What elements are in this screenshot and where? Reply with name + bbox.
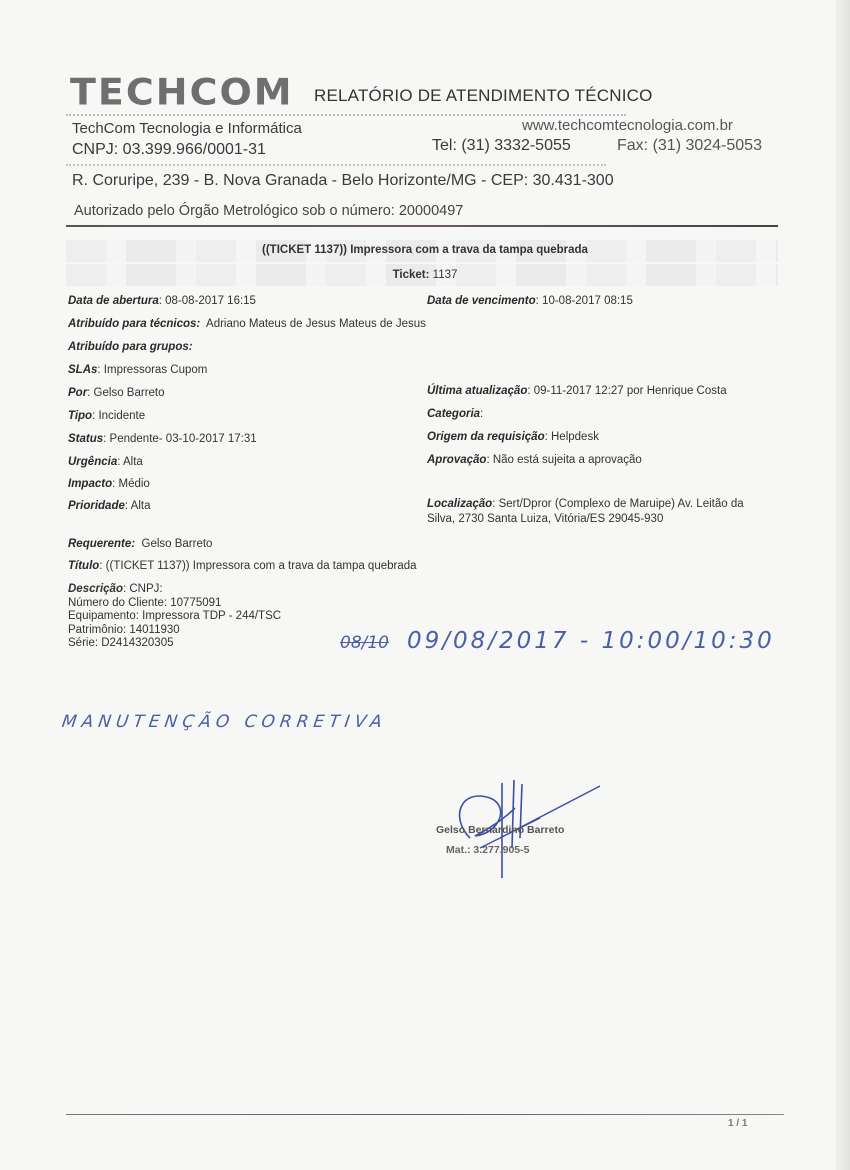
field-value: Gelso Barreto [135,538,212,550]
field-value: : Helpdesk [545,431,599,443]
field-value: : Médio [112,478,150,490]
header-rule [66,225,778,227]
field-grupos: Atribuído para grupos: [68,341,193,353]
field-label: Atribuído para técnicos: [68,318,200,330]
company-website: www.techcomtecnologia.com.br [522,117,733,134]
field-label: Origem da requisição [427,431,545,443]
field-value: : Pendente- 03-10-2017 17:31 [103,433,256,445]
field-tecnicos: Atribuído para técnicos: Adriano Mateus … [68,318,426,330]
field-tipo: Tipo: Incidente [68,410,145,422]
field-label: Categoria [427,408,480,420]
field-label: Descrição [68,583,123,595]
field-slas: SLAs: Impressoras Cupom [68,364,207,376]
field-label: Status [68,433,103,445]
page-edge [836,0,850,1170]
company-cnpj: CNPJ: 03.399.966/0001-31 [72,141,266,159]
field-label: SLAs [68,364,97,376]
field-label: Impacto [68,478,112,490]
field-label: Aprovação [427,454,486,466]
field-value: : Impressoras Cupom [97,364,207,376]
report-title: RELATÓRIO DE ATENDIMENTO TÉCNICO [314,86,653,106]
description-line: Número do Cliente: 10775091 [68,597,281,611]
company-address: R. Coruripe, 239 - B. Nova Granada - Bel… [72,172,614,190]
field-label: Urgência [68,456,117,468]
authorization-note: Autorizado pelo Órgão Metrológico sob o … [74,203,463,219]
field-value: : Não está sujeita a aprovação [486,454,641,466]
company-name: TechCom Tecnologia e Informática [72,120,302,137]
handwritten-date: 08/1009/08/2017 - 10:00/10:30 [340,628,775,654]
field-value: : Gelso Barreto [87,387,164,399]
field-value: : 08-08-2017 16:15 [159,295,256,307]
field-requerente: Requerente: Gelso Barreto [68,538,212,550]
field-origem-requisicao: Origem da requisição: Helpdesk [427,431,599,443]
field-titulo: Título: ((TICKET 1137)) Impressora com a… [68,560,417,572]
field-label: Data de abertura [68,295,159,307]
field-impacto: Impacto: Médio [68,478,150,490]
field-value: : Incidente [92,410,145,422]
field-label: Por [68,387,87,399]
description-block: Descrição: CNPJ: Número do Cliente: 1077… [68,583,281,651]
field-ultima-atualizacao: Última atualização: 09-11-2017 12:27 por… [427,385,727,397]
company-fax: Fax: (31) 3024-5053 [617,137,762,155]
field-label: Requerente: [68,538,135,550]
handwritten-note: MANUTENÇÃO CORRETIVA [61,712,389,732]
field-data-vencimento: Data de vencimento: 10-08-2017 08:15 [427,295,633,307]
field-label: Prioridade [68,500,125,512]
field-status: Status: Pendente- 03-10-2017 17:31 [68,433,257,445]
ticket-heading: ((TICKET 1137)) Impressora com a trava d… [0,244,850,256]
description-line: Série: D2414320305 [68,637,281,651]
field-label: Localização [427,498,492,510]
techcom-logo: TECHCOM [70,71,294,113]
field-label: Tipo [68,410,92,422]
field-value: : 09-11-2017 12:27 por Henrique Costa [527,385,726,397]
field-categoria: Categoria: [427,408,483,420]
ticket-number-value: 1137 [433,269,458,281]
field-label: Atribuído para grupos: [68,341,193,353]
description-line: Equipamento: Impressora TDP - 244/TSC [68,610,281,624]
field-value: : Alta [117,456,143,468]
field-label: Título [68,560,99,572]
field-por: Por: Gelso Barreto [68,387,165,399]
field-aprovacao: Aprovação: Não está sujeita a aprovação [427,454,642,466]
description-first-line: Descrição: CNPJ: [68,583,281,597]
field-localizacao: Localização: Sert/Dpror (Complexo de Mar… [427,497,772,527]
footer-rule [66,1114,784,1115]
ticket-number-label: Ticket: [393,269,430,281]
field-prioridade: Prioridade: Alta [68,500,150,512]
field-value: : Alta [125,500,151,512]
field-value: Adriano Mateus de Jesus Mateus de Jesus [200,318,426,330]
page-number: 1 / 1 [728,1118,747,1129]
divider [66,164,606,168]
ticket-number: Ticket: 1137 [0,269,850,281]
field-value: : [480,408,483,420]
field-value: : 10-08-2017 08:15 [536,295,633,307]
stamp-matricula: Mat.: 3.277.905-5 [446,844,529,856]
field-label: Última atualização [427,385,527,397]
field-data-abertura: Data de abertura: 08-08-2017 16:15 [68,295,256,307]
field-value: : ((TICKET 1137)) Impressora com a trava… [99,560,416,572]
field-urgencia: Urgência: Alta [68,456,143,468]
company-tel: Tel: (31) 3332-5055 [432,137,571,155]
handwritten-struck-date: 08/10 [340,633,389,653]
field-value: : CNPJ: [123,583,163,595]
field-label: Data de vencimento [427,295,536,307]
stamp-name: Gelso Bernardino Barreto [436,824,564,836]
description-line: Patrimônio: 14011930 [68,624,281,638]
handwritten-date-time: 09/08/2017 - 10:00/10:30 [407,628,775,654]
